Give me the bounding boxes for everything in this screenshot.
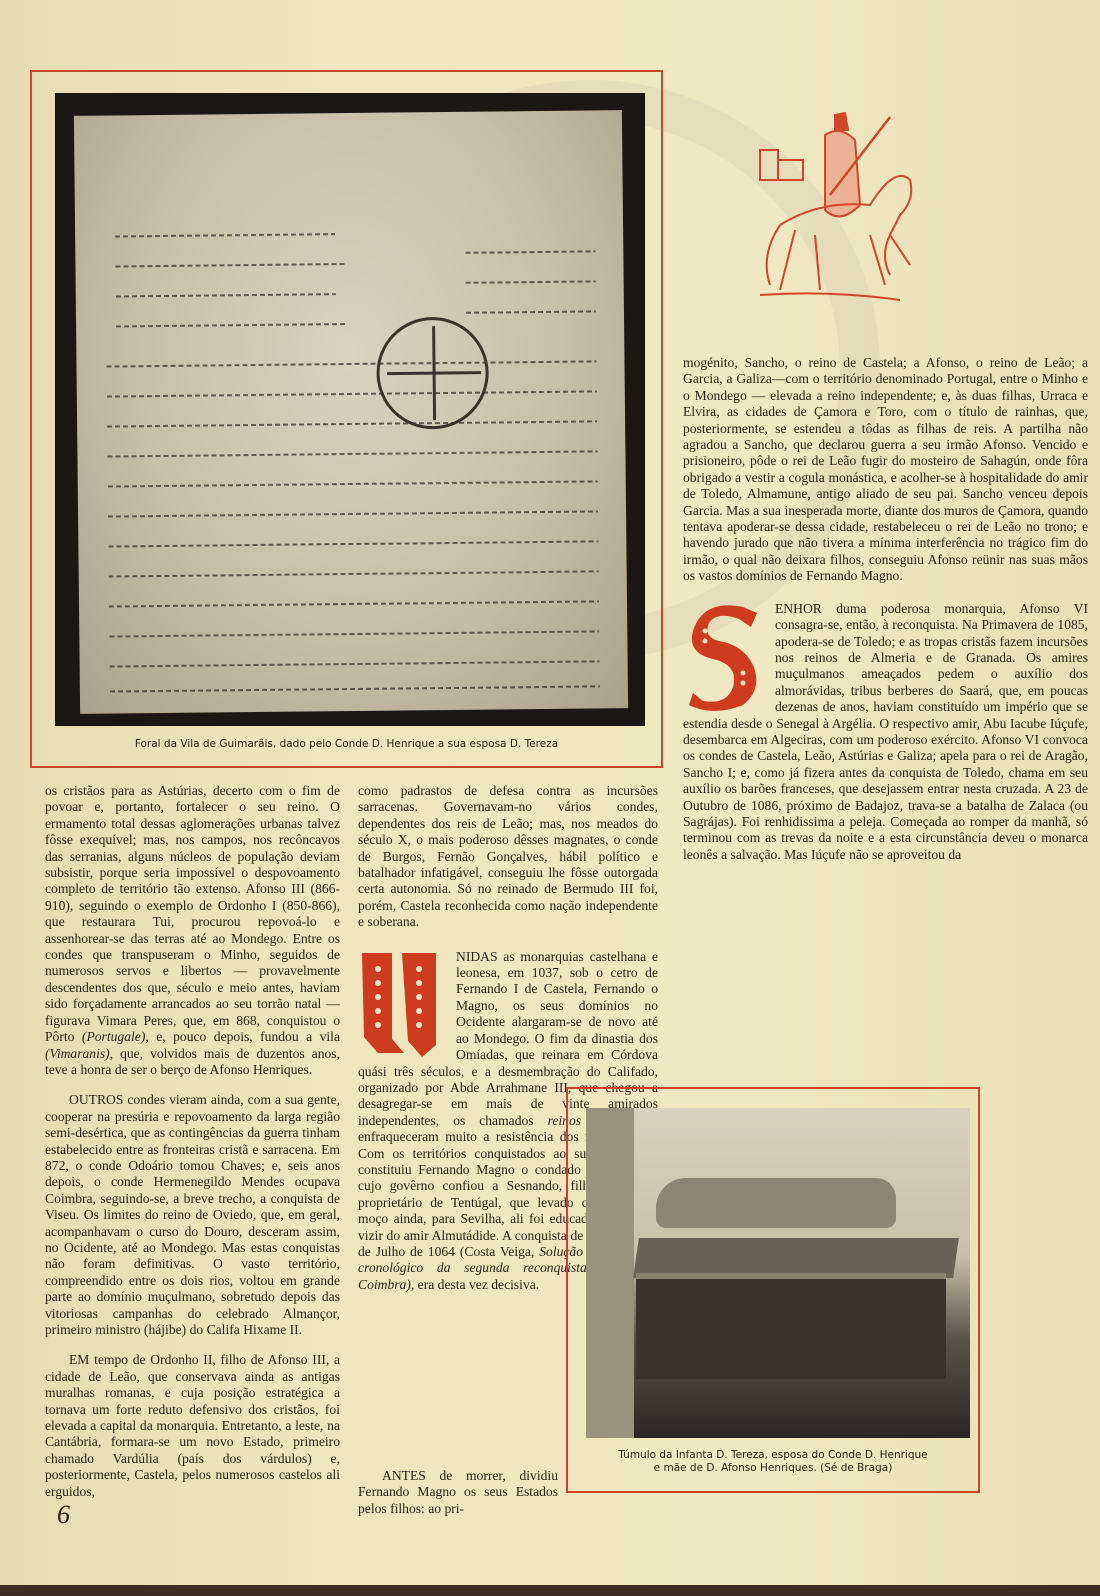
script-line: [115, 233, 335, 237]
script-line: [108, 540, 598, 547]
script-line: [107, 420, 597, 427]
paragraph: OUTROS condes vieram ainda, com a sua ge…: [45, 1092, 340, 1338]
text: os cristãos para as Astúrias, decerto co…: [45, 783, 340, 1044]
paragraph: ENHOR duma poderosa monarquia, Afonso VI…: [683, 601, 1088, 864]
article-column-right: mogénito, Sancho, o reino de Castela; a …: [683, 355, 1088, 863]
page-edge: [0, 1585, 1100, 1596]
charter-caption: Foral da Vila de Guimarãis, dado pelo Co…: [30, 738, 663, 750]
script-line: [116, 293, 336, 297]
script-line: [109, 600, 599, 607]
caption-line: Túmulo da Infanta D. Tereza, esposa do C…: [566, 1449, 980, 1462]
paragraph: EM tempo de Ordonho II, filho de Afonso …: [45, 1352, 340, 1500]
text: , e, pouco depois, fundou a vila: [145, 1029, 340, 1044]
tomb-photo: [586, 1108, 970, 1438]
script-line: [107, 360, 597, 367]
seal-cross-icon: [376, 317, 489, 430]
caption-line: e mãe de D. Afonso Henriques. (Sé de Bra…: [566, 1462, 980, 1475]
script-line: [110, 685, 600, 692]
script-line: [466, 310, 596, 313]
tomb-caption: Túmulo da Infanta D. Tereza, esposa do C…: [566, 1449, 980, 1475]
script-line: [109, 630, 599, 637]
script-line: [110, 660, 600, 667]
text: , era desta vez decisiva.: [411, 1277, 539, 1292]
script-line: [115, 263, 345, 267]
script-line: [466, 280, 596, 283]
script-line: [107, 450, 597, 457]
article-column-left: os cristãos para as Astúrias, decerto co…: [45, 783, 340, 1500]
script-line: [108, 480, 598, 487]
magazine-page: Foral da Vila de Guimarãis, dado pelo Co…: [0, 0, 1100, 1596]
dropcap-u-icon: [358, 949, 446, 1061]
tomb-lid: [633, 1238, 959, 1278]
script-line: [108, 510, 598, 517]
article-column-middle-tail: ANTES de morrer, dividiu Fernando Magno …: [358, 1468, 558, 1517]
tomb-body: [636, 1273, 946, 1379]
pillar: [586, 1108, 634, 1438]
dropcap-s-icon: [683, 601, 765, 713]
script-line: [107, 390, 597, 397]
script-line: [109, 570, 599, 577]
knight-on-horse-illustration: [740, 105, 930, 305]
script-line: [116, 323, 346, 327]
page-number: 6: [57, 1500, 70, 1530]
italic-text: (Portugale): [82, 1029, 145, 1044]
parchment: [74, 110, 628, 714]
italic-text: (Vimaranis): [45, 1046, 110, 1061]
paragraph: mogénito, Sancho, o reino de Castela; a …: [683, 355, 1088, 585]
script-line: [465, 250, 595, 253]
charter-document-photo: [55, 93, 645, 726]
paragraph: ANTES de morrer, dividiu Fernando Magno …: [358, 1468, 558, 1517]
paragraph: como padrastos de defesa contra as incur…: [358, 783, 658, 931]
paragraph: os cristãos para as Astúrias, decerto co…: [45, 783, 340, 1078]
effigy: [656, 1178, 896, 1228]
